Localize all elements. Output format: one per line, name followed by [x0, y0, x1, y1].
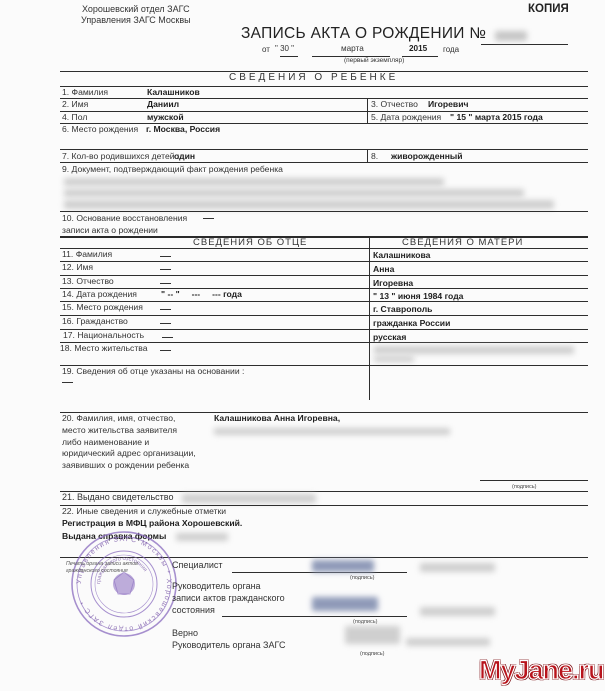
- parent-row-label: 14. Дата рождения: [62, 289, 137, 299]
- mother-residence-redacted: [374, 346, 574, 354]
- section-title-mother: СВЕДЕНИЯ О МАТЕРИ: [402, 237, 523, 248]
- rule: [60, 248, 588, 249]
- document-title: ЗАПИСЬ АКТА О РОЖДЕНИИ №: [241, 25, 486, 43]
- rule: [60, 211, 588, 212]
- birth-document-redacted: [64, 189, 524, 197]
- specialist-name-redacted: [420, 563, 495, 572]
- date-day: " 30 ": [275, 44, 294, 53]
- mother-value: " 13 " июня 1984 года: [373, 291, 463, 301]
- field-label-birthdate: 5. Дата рождения: [371, 112, 441, 122]
- watermark-logo: MyJane.ru: [479, 655, 604, 686]
- field-value-patronymic: Игоревич: [428, 99, 468, 109]
- rule: [60, 275, 588, 276]
- mother-value: Анна: [373, 264, 394, 274]
- mother-value: гражданка России: [373, 318, 450, 328]
- father-value-dash: [160, 323, 171, 324]
- head-name-redacted: [420, 607, 495, 616]
- rule: [60, 98, 588, 99]
- parent-row-label: 17. Национальность: [63, 330, 144, 340]
- father-value-dash: [160, 309, 171, 310]
- rule: [60, 315, 588, 316]
- date-month: марта: [341, 44, 364, 53]
- seal-icon: Управления ЗАГС Москвы * Хорошевский отд…: [70, 530, 178, 638]
- mother-value: г. Ставрополь: [373, 304, 432, 314]
- applicant-address-redacted: [214, 428, 450, 435]
- mother-residence-redacted: [374, 356, 414, 362]
- rule: [60, 288, 588, 289]
- parent-row-label: 15. Место рождения: [62, 302, 143, 312]
- mother-value: Игоревна: [373, 278, 413, 288]
- copy-note: (первый экземпляр): [344, 57, 404, 64]
- field-label-birthplace: 6. Место рождения: [62, 124, 138, 134]
- seal-caption-1: Печать органа записи актов: [66, 561, 138, 567]
- zags-head-name-redacted: [406, 638, 490, 646]
- rule: [60, 162, 588, 163]
- head-signature-line: [222, 616, 407, 617]
- zags-head-signature-caption: (подпись): [360, 651, 384, 657]
- date-year-line: [402, 56, 438, 57]
- office-name-line2: Управления ЗАГС Москвы: [81, 15, 191, 25]
- record-number-line: [481, 44, 568, 45]
- head-label-3: состояния: [172, 605, 215, 615]
- zags-head-label: Руководитель органа ЗАГС: [172, 640, 285, 650]
- parent-row-label: 13. Отчество: [62, 276, 114, 286]
- specialist-signature-caption: (подпись): [350, 575, 374, 581]
- rule: [60, 86, 588, 87]
- field-label-patronymic: 3. Отчество: [371, 99, 418, 109]
- field-value-surname: Калашников: [147, 87, 200, 97]
- date-suffix: года: [443, 45, 459, 54]
- field-value-father-basis-dash: [62, 382, 73, 383]
- official-seal: Управления ЗАГС Москвы * Хорошевский отд…: [70, 530, 178, 638]
- field-value-children-count: один: [174, 151, 195, 161]
- rule: [60, 123, 588, 124]
- notes-line-1: Регистрация в МФЦ района Хорошевский.: [62, 518, 242, 528]
- field-label-father-basis: 19. Сведения об отце указаны на основани…: [62, 366, 244, 376]
- field-label-liveborn: 8.: [371, 151, 378, 161]
- field-value-applicant-name: Калашникова Анна Игоревна,: [214, 413, 340, 423]
- field-label-sex: 4. Пол: [62, 112, 87, 122]
- birth-document-redacted: [64, 200, 554, 209]
- field-label-restoration: 10. Основание восстановления: [62, 213, 187, 223]
- field-value-birthplace: г. Москва, Россия: [146, 124, 220, 134]
- column-divider: [367, 98, 368, 123]
- head-signature-redacted: [312, 597, 378, 611]
- field-label-certificate: 21. Выдано свидетельство: [62, 492, 173, 502]
- zags-head-signature-redacted: [345, 626, 400, 644]
- parent-row-label: 16. Гражданство: [62, 316, 128, 326]
- field-label-restoration-line2: записи акта о рождении: [62, 225, 158, 235]
- rule: [60, 149, 588, 150]
- field-label-birth-document: 9. Документ, подтверждающий факт рождени…: [62, 164, 283, 174]
- record-number-redacted: [495, 31, 527, 41]
- copy-label: КОПИЯ: [528, 3, 569, 15]
- verified-label: Верно: [172, 628, 198, 638]
- father-value: " -- " --- --- года: [161, 289, 242, 299]
- office-name-line1: Хорошевский отдел ЗАГС: [82, 4, 190, 14]
- field-value-sex: мужской: [147, 112, 184, 122]
- form-number-redacted: [176, 533, 228, 541]
- father-value-dash: [160, 256, 171, 257]
- father-value-dash: [162, 337, 173, 338]
- field-label-name: 2. Имя: [62, 99, 88, 109]
- parent-row-label: 18. Место жительства: [60, 343, 148, 353]
- field-label-applicant: 20. Фамилия, имя, отчество, место житель…: [62, 413, 196, 472]
- specialist-label: Специалист: [172, 560, 222, 570]
- father-value-dash: [160, 283, 171, 284]
- head-label-1: Руководитель органа: [172, 581, 261, 591]
- field-label-children-count: 7. Кол-во родившихся детей :: [62, 151, 179, 161]
- date-day-line: [280, 56, 298, 57]
- section-title-child: СВЕДЕНИЯ О РЕБЕНКЕ: [229, 72, 398, 83]
- section-title-father: СВЕДЕНИЯ ОБ ОТЦЕ: [193, 237, 307, 248]
- seal-caption-2: гражданского состояния: [66, 568, 128, 574]
- father-value-dash: [160, 269, 171, 270]
- date-year: 2015: [409, 44, 427, 53]
- date-prefix: от: [262, 45, 270, 54]
- specialist-signature-line: [232, 572, 407, 573]
- rule: [60, 261, 588, 262]
- specialist-signature-redacted: [312, 560, 374, 572]
- signature-caption: (подпись): [512, 484, 536, 490]
- parent-row-label: 11. Фамилия: [62, 249, 112, 259]
- signature-line: [480, 480, 588, 481]
- field-value-birthdate: " 15 " марта 2015 года: [450, 112, 543, 122]
- mother-value: русская: [373, 332, 406, 342]
- head-signature-caption: (подпись): [353, 619, 377, 625]
- field-value-restoration-dash: [203, 218, 214, 219]
- field-value-liveborn: живорожденный: [391, 151, 463, 161]
- certificate-number-redacted: [182, 494, 316, 503]
- father-value-dash: [160, 350, 171, 351]
- head-label-2: записи актов гражданского: [172, 593, 285, 603]
- field-value-name: Даниил: [147, 99, 179, 109]
- column-divider: [367, 149, 368, 162]
- mother-value: Калашникова: [373, 250, 430, 260]
- field-label-notes: 22. Иные сведения и служебные отметки: [62, 506, 226, 516]
- field-label-surname: 1. Фамилия: [62, 87, 108, 97]
- parent-row-label: 12. Имя: [62, 262, 93, 272]
- birth-document-redacted: [64, 178, 444, 186]
